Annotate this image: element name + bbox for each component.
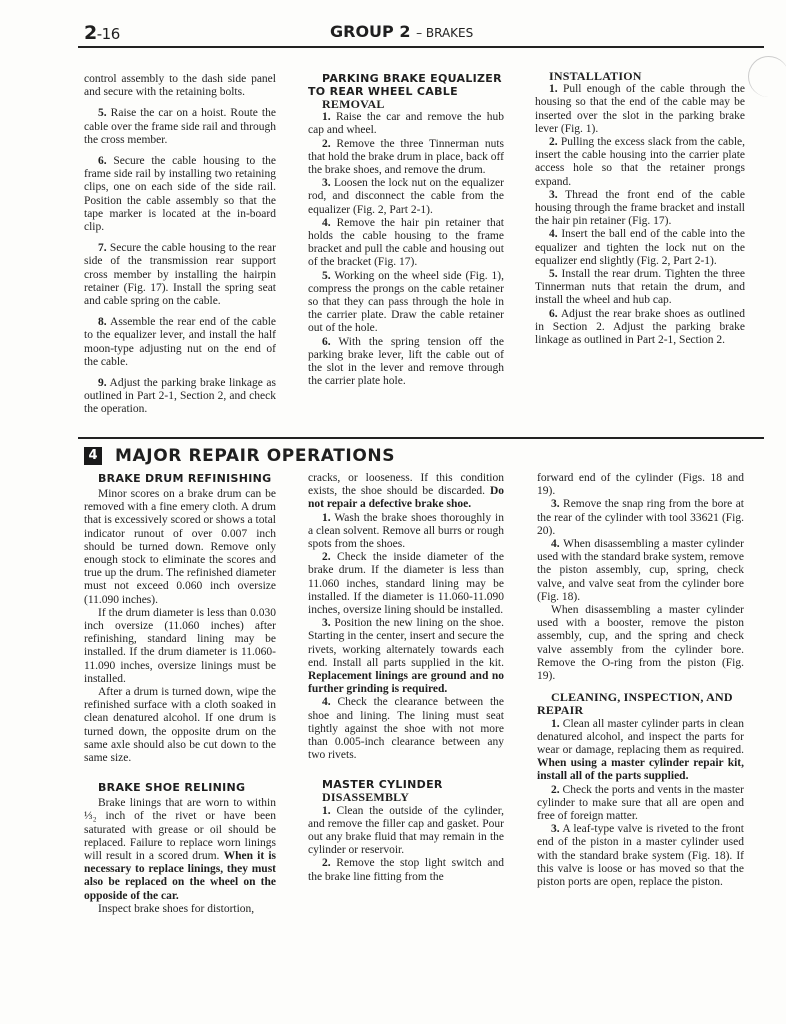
page-corner-mark	[748, 56, 786, 97]
step-text: Adjust the parking brake linkage as outl…	[84, 377, 276, 415]
step-text: Loosen the lock nut on the equalizer rod…	[308, 177, 504, 215]
bottom-column-1: BRAKE DRUM REFINISHING Minor scores on a…	[84, 472, 276, 916]
step-6: 6. With the spring tension off the parki…	[308, 336, 504, 389]
subheading-removal: REMOVAL	[308, 98, 504, 111]
step-text: Position the new lining on the shoe. Sta…	[308, 617, 504, 669]
heading-brake-shoe-relining: BRAKE SHOE RELINING	[84, 781, 276, 794]
step-text: Remove the stop light switch and the bra…	[308, 857, 504, 882]
step-text: Remove the three Tinnerman nuts that hol…	[308, 138, 504, 176]
step-number: 1.	[322, 111, 331, 123]
step-number: 2.	[322, 857, 331, 869]
step-number: 6.	[322, 336, 331, 348]
step-number: 5.	[98, 107, 107, 119]
paragraph: Brake linings that are worn to within ⅓₂…	[84, 797, 276, 903]
step-number: 4.	[322, 217, 331, 229]
step-text: Insert the ball end of the cable into th…	[535, 228, 745, 266]
step-text: With the spring tension off the parking …	[308, 336, 504, 388]
step-number: 3.	[322, 177, 331, 189]
step-4: 4. When disassembling a master cylinder …	[537, 538, 744, 604]
group-subtitle: – BRAKES	[416, 26, 473, 40]
step-4: 4. Check the clearance between the shoe …	[308, 696, 504, 762]
step-5: 5. Install the rear drum. Tighten the th…	[535, 268, 745, 308]
section-number-badge: 4	[84, 447, 102, 465]
step-number: 3.	[549, 189, 558, 201]
step-text: Remove the snap ring from the bore at th…	[537, 498, 744, 536]
subheading-cleaning-inspection-repair: CLEANING, INSPECTION, AND REPAIR	[537, 691, 744, 717]
step-text: Secure the cable housing to the rear sid…	[84, 242, 276, 307]
step-2: 2. Remove the three Tinnerman nuts that …	[308, 138, 504, 178]
step-number: 3.	[551, 823, 560, 835]
step-3: 3. Position the new lining on the shoe. …	[308, 617, 504, 696]
step-number: 3.	[322, 617, 331, 629]
subheading-disassembly: DISASSEMBLY	[308, 791, 504, 804]
bottom-column-2: cracks, or looseness. If this condition …	[308, 472, 504, 884]
paragraph: cracks, or looseness. If this condition …	[308, 472, 504, 512]
step-number: 5.	[549, 268, 558, 280]
group-title: GROUP 2	[330, 22, 410, 41]
heading-brake-drum-refinishing: BRAKE DRUM REFINISHING	[84, 472, 276, 485]
step-text: Clean the outside of the cylinder, and r…	[308, 805, 504, 857]
bold-warning: When using a master cylinder repair kit,…	[537, 757, 744, 782]
step-1: 1. Clean the outside of the cylinder, an…	[308, 805, 504, 858]
step-number: 6.	[549, 308, 558, 320]
step-number: 4.	[551, 538, 560, 550]
paragraph: Inspect brake shoes for distortion,	[84, 903, 276, 916]
step-number: 5.	[322, 270, 331, 282]
step-number: 7.	[98, 242, 107, 254]
step-text: Raise the car on a hoist. Route the cabl…	[84, 107, 276, 145]
step-number: 1.	[549, 83, 558, 95]
subheading-installation: INSTALLATION	[535, 70, 745, 83]
paragraph: control assembly to the dash side panel …	[84, 73, 276, 99]
step-6: 6. Secure the cable housing to the frame…	[84, 155, 276, 234]
page-number: 2-16	[84, 22, 120, 44]
step-text: A leaf-type valve is riveted to the fron…	[537, 823, 744, 888]
text: cracks, or looseness. If this condition …	[308, 472, 504, 497]
step-text: Assemble the rear end of the cable to th…	[84, 316, 276, 368]
step-4: 4. Remove the hair pin retainer that hol…	[308, 217, 504, 270]
step-8: 8. Assemble the rear end of the cable to…	[84, 316, 276, 369]
step-number: 1.	[551, 718, 560, 730]
step-text: Pull enough of the cable through the hou…	[535, 83, 745, 135]
page-number-major: 2	[84, 22, 97, 44]
step-text: Wash the brake shoes thoroughly in a cle…	[308, 512, 504, 550]
step-text: Working on the wheel side (Fig. 1), comp…	[308, 270, 504, 335]
step-text: Secure the cable housing to the frame si…	[84, 155, 276, 233]
step-1: 1. Clean all master cylinder parts in cl…	[537, 718, 744, 784]
top-column-3: INSTALLATION 1. Pull enough of the cable…	[535, 70, 745, 347]
paragraph: Minor scores on a brake drum can be remo…	[84, 488, 276, 607]
step-1: 1. Wash the brake shoes thoroughly in a …	[308, 512, 504, 552]
step-1: 1. Pull enough of the cable through the …	[535, 83, 745, 136]
step-number: 2.	[322, 551, 331, 563]
top-column-2: PARKING BRAKE EQUALIZER TO REAR WHEEL CA…	[308, 72, 504, 388]
step-number: 1.	[322, 805, 331, 817]
section-heading-major-repair: 4 MAJOR REPAIR OPERATIONS	[84, 446, 395, 466]
step-number: 1.	[322, 512, 331, 524]
step-2: 2. Remove the stop light switch and the …	[308, 857, 504, 883]
paragraph: forward end of the cylinder (Figs. 18 an…	[537, 472, 744, 498]
step-number: 4.	[322, 696, 331, 708]
step-text: Check the inside diameter of the brake d…	[308, 551, 504, 616]
step-number: 2.	[549, 136, 558, 148]
step-text: Check the ports and vents in the master …	[537, 784, 744, 822]
step-text: Check the clearance between the shoe and…	[308, 696, 504, 761]
step-7: 7. Secure the cable housing to the rear …	[84, 242, 276, 308]
section-title: MAJOR REPAIR OPERATIONS	[115, 446, 395, 466]
step-2: 2. Check the ports and vents in the mast…	[537, 784, 744, 824]
step-number: 6.	[98, 155, 107, 167]
step-number: 2.	[551, 784, 560, 796]
step-3: 3. Thread the front end of the cable hou…	[535, 189, 745, 229]
step-5: 5. Working on the wheel side (Fig. 1), c…	[308, 270, 504, 336]
step-text: Remove the hair pin retainer that holds …	[308, 217, 504, 269]
step-6: 6. Adjust the rear brake shoes as outlin…	[535, 308, 745, 348]
paragraph: After a drum is turned down, wipe the re…	[84, 686, 276, 765]
paragraph: When disassembling a master cylinder use…	[537, 604, 744, 683]
step-3: 3. A leaf-type valve is riveted to the f…	[537, 823, 744, 889]
top-column-1: control assembly to the dash side panel …	[84, 73, 276, 417]
step-text: Thread the front end of the cable housin…	[535, 189, 745, 227]
header-rule	[78, 46, 764, 48]
step-number: 4.	[549, 228, 558, 240]
section-heading: PARKING BRAKE EQUALIZER TO REAR WHEEL CA…	[308, 72, 504, 98]
step-text: Raise the car and remove the hub cap and…	[308, 111, 504, 136]
step-number: 8.	[98, 316, 107, 328]
step-number: 9.	[98, 377, 107, 389]
step-4: 4. Insert the ball end of the cable into…	[535, 228, 745, 268]
step-number: 3.	[551, 498, 560, 510]
step-2: 2. Pulling the excess slack from the cab…	[535, 136, 745, 189]
step-1: 1. Raise the car and remove the hub cap …	[308, 111, 504, 137]
step-text: Adjust the rear brake shoes as outlined …	[535, 308, 745, 346]
step-text: Clean all master cylinder parts in clean…	[537, 718, 744, 756]
step-5: 5. Raise the car on a hoist. Route the c…	[84, 107, 276, 147]
paragraph: If the drum diameter is less than 0.030 …	[84, 607, 276, 686]
step-9: 9. Adjust the parking brake linkage as o…	[84, 377, 276, 417]
running-head: GROUP 2 – BRAKES	[330, 22, 473, 41]
step-3: 3. Loosen the lock nut on the equalizer …	[308, 177, 504, 217]
step-2: 2. Check the inside diameter of the brak…	[308, 551, 504, 617]
page-number-minor: -16	[97, 25, 120, 43]
step-text: Pulling the excess slack from the cable,…	[535, 136, 745, 188]
section-divider	[78, 437, 764, 439]
step-number: 2.	[322, 138, 331, 150]
step-3: 3. Remove the snap ring from the bore at…	[537, 498, 744, 538]
bold-warning: Replacement linings are ground and no fu…	[308, 670, 504, 695]
step-text: When disassembling a master cylinder use…	[537, 538, 744, 603]
step-text: Install the rear drum. Tighten the three…	[535, 268, 745, 306]
bottom-column-3: forward end of the cylinder (Figs. 18 an…	[537, 472, 744, 889]
